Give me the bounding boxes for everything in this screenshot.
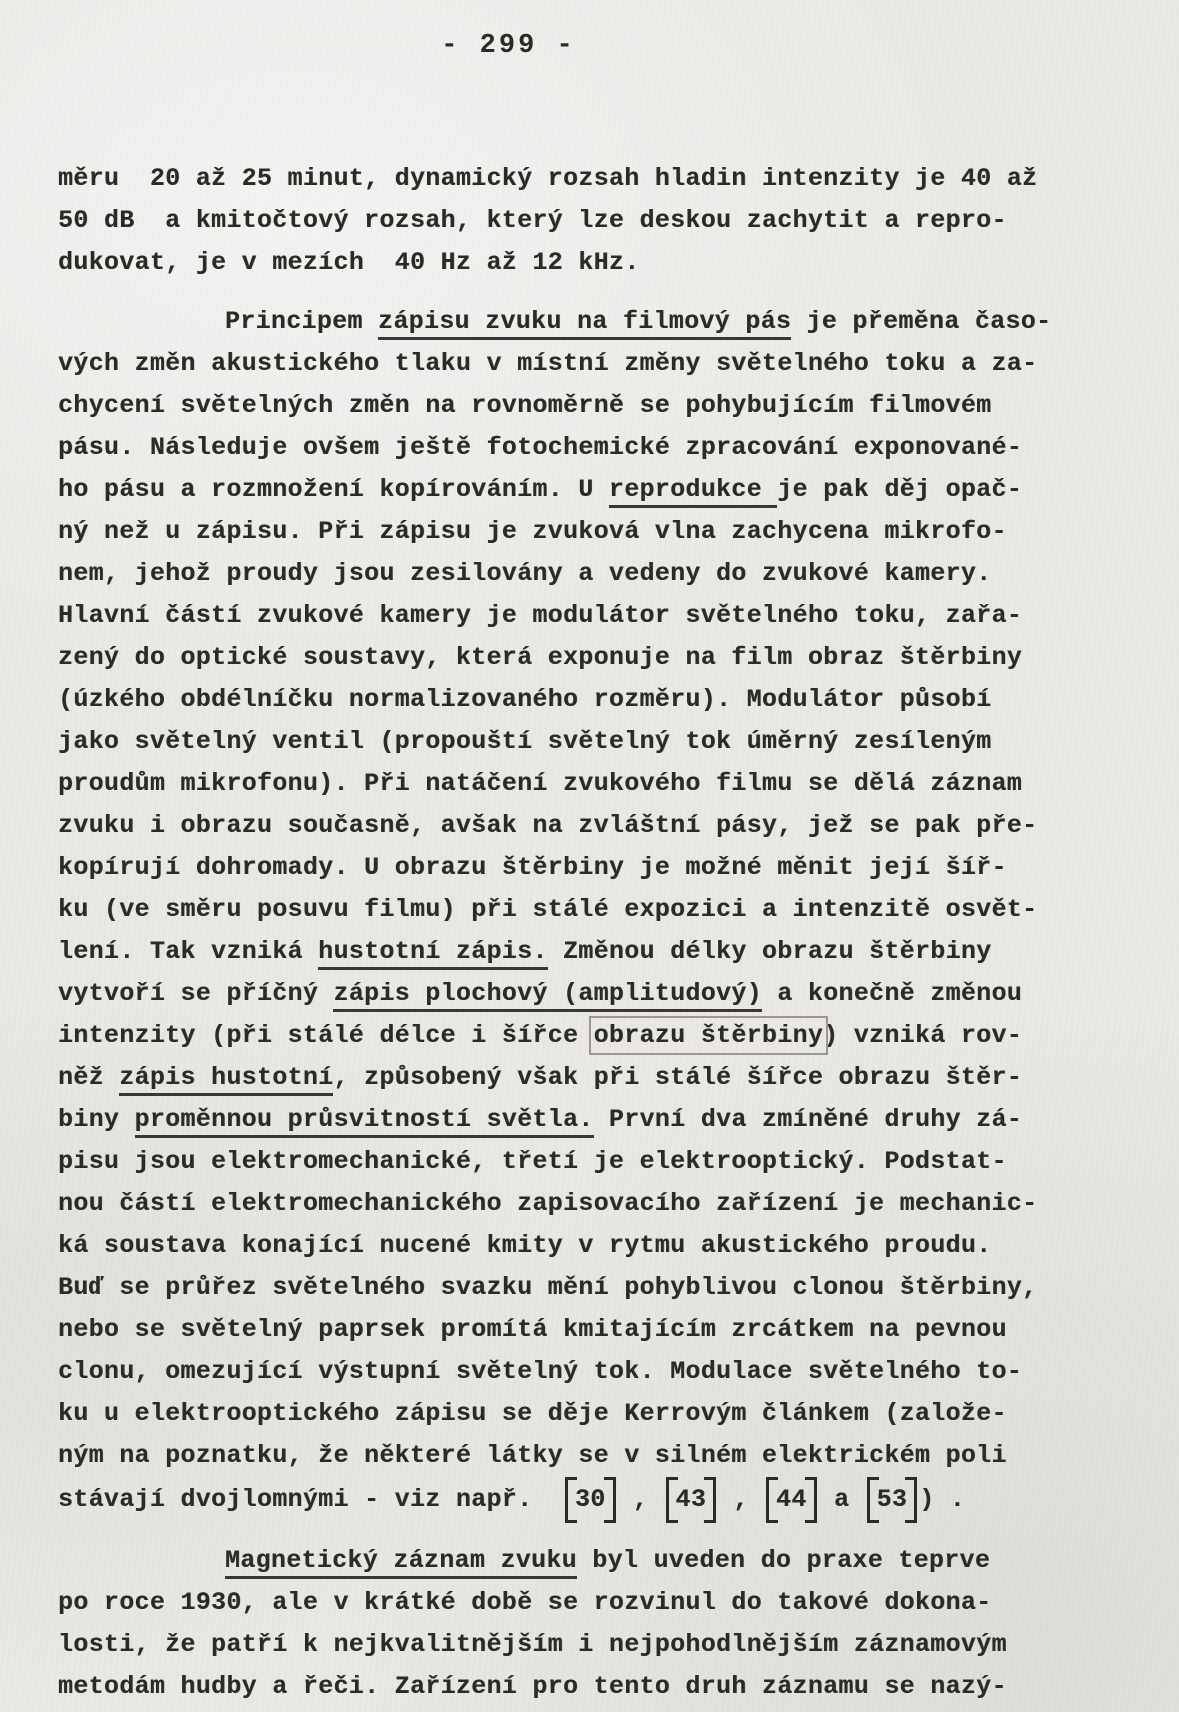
- text-segment: něž: [58, 1063, 119, 1092]
- text-line: ný než u zápisu. Při zápisu je zvuková v…: [58, 511, 1039, 553]
- text-line: ká soustava konající nucené kmity v rytm…: [58, 1225, 1039, 1267]
- text-segment: ,: [718, 1485, 764, 1514]
- text-line: jako světelný ventil (propouští světelný…: [58, 721, 1039, 763]
- text-segment: Principem: [225, 307, 378, 336]
- text-line: ku u elektrooptického zápisu se děje Ker…: [58, 1393, 1039, 1435]
- text-line: zený do optické soustavy, která exponuje…: [58, 637, 1039, 679]
- text-line: Hlavní částí zvukové kamery je modulátor…: [58, 595, 1039, 637]
- text-segment: ) .: [919, 1485, 965, 1514]
- text-segment: biny: [58, 1105, 135, 1134]
- citation-reference: 30: [565, 1477, 616, 1523]
- text-segment: ku (ve směru posuvu filmu) při stálé exp…: [58, 895, 1037, 924]
- citation-reference: 53: [867, 1477, 918, 1523]
- text-segment: nem, jehož proudy jsou zesilovány a vede…: [58, 559, 991, 588]
- text-segment: ho pásu a rozmnožení kopírováním. U: [58, 475, 609, 504]
- text-line: proudům mikrofonu). Při natáčení zvukové…: [58, 763, 1039, 805]
- text-segment: Hlavní částí zvukové kamery je modulátor…: [58, 601, 1022, 630]
- text-segment: Buď se průřez světelného svazku mění poh…: [58, 1273, 1037, 1302]
- text-segment: stávají dvojlomnými - viz např.: [58, 1485, 563, 1514]
- underlined-term: proměnnou průsvitností světla.: [135, 1105, 594, 1138]
- text-line: nou částí elektromechanického zapisovací…: [58, 1183, 1039, 1225]
- text-segment: intenzity (při stálé délce i šířce: [58, 1021, 594, 1050]
- text-segment: zvuku i obrazu současně, avšak na zvlášt…: [58, 811, 1037, 840]
- text-line: 50 dB a kmitočtový rozsah, který lze des…: [58, 200, 1039, 242]
- text-segment: je pak děj opač-: [777, 475, 1022, 504]
- text-segment: po roce 1930, ale v krátké době se rozvi…: [58, 1588, 991, 1617]
- text-segment: (úzkého obdélníčku normalizovaného rozmě…: [58, 685, 991, 714]
- text-line: losti, že patří k nejkvalitnějším i nejp…: [58, 1624, 1039, 1666]
- text-segment: nebo se světelný paprsek promítá kmitají…: [58, 1315, 1007, 1344]
- text-line: Buď se průřez světelného svazku mění poh…: [58, 1267, 1039, 1309]
- text-line: pisu jsou elektromechanické, třetí je el…: [58, 1141, 1039, 1183]
- text-segment: a: [819, 1485, 865, 1514]
- text-line: ku (ve směru posuvu filmu) při stálé exp…: [58, 889, 1039, 931]
- text-line: po roce 1930, ale v krátké době se rozvi…: [58, 1582, 1039, 1624]
- underlined-term: Magnetický záznam zvuku: [225, 1546, 577, 1579]
- text-line: něž zápis hustotní, způsobený však při s…: [58, 1057, 1039, 1099]
- text-line: ho pásu a rozmnožení kopírováním. U repr…: [58, 469, 1039, 511]
- paragraph: Principem zápisu zvuku na filmový pás je…: [58, 301, 1039, 1523]
- text-line: vých změn akustického tlaku v místní změ…: [58, 343, 1039, 385]
- text-segment: proudům mikrofonu). Při natáčení zvukové…: [58, 769, 1022, 798]
- text-line: kopírují dohromady. U obrazu štěrbiny je…: [58, 847, 1039, 889]
- text-line: lení. Tak vzniká hustotní zápis. Změnou …: [58, 931, 1039, 973]
- text-segment: clonu, omezující výstupní světelný tok. …: [58, 1357, 1022, 1386]
- document-content: měru 20 až 25 minut, dynamický rozsah hl…: [58, 158, 1039, 1708]
- text-segment: vytvoří se příčný: [58, 979, 333, 1008]
- text-segment: Změnou délky obrazu štěrbiny: [548, 937, 992, 966]
- text-line: nem, jehož proudy jsou zesilovány a vede…: [58, 553, 1039, 595]
- text-segment: ným na poznatku, že některé látky se v s…: [58, 1441, 1007, 1470]
- text-segment: losti, že patří k nejkvalitnějším i nejp…: [58, 1630, 1007, 1659]
- underlined-term: zápis plochový (amplitudový): [333, 979, 761, 1012]
- text-segment: dukovat, je v mezích 40 Hz až 12 kHz.: [58, 248, 640, 277]
- text-line: chycení světelných změn na rovnoměrně se…: [58, 385, 1039, 427]
- text-line: stávají dvojlomnými - viz např. 30 , 43 …: [58, 1477, 1039, 1523]
- text-line: Principem zápisu zvuku na filmový pás je…: [58, 301, 1039, 343]
- text-line: biny proměnnou průsvitností světla. Prvn…: [58, 1099, 1039, 1141]
- text-line: měru 20 až 25 minut, dynamický rozsah hl…: [58, 158, 1039, 200]
- underlined-term: reprodukce: [609, 475, 777, 508]
- underlined-term: zápisu zvuku na filmový pás: [378, 307, 791, 340]
- scanned-document-page: - 299 - měru 20 až 25 minut, dynamický r…: [0, 0, 1179, 1712]
- text-segment: nou částí elektromechanického zapisovací…: [58, 1189, 1037, 1218]
- text-line: pásu. Následuje ovšem ještě fotochemické…: [58, 427, 1039, 469]
- page-number: - 299 -: [18, 26, 999, 66]
- text-segment: chycení světelných změn na rovnoměrně se…: [58, 391, 991, 420]
- text-line: ným na poznatku, že některé látky se v s…: [58, 1435, 1039, 1477]
- text-segment: pisu jsou elektromechanické, třetí je el…: [58, 1147, 1007, 1176]
- text-segment: ká soustava konající nucené kmity v rytm…: [58, 1231, 991, 1260]
- text-line: dukovat, je v mezích 40 Hz až 12 kHz.: [58, 242, 1039, 284]
- text-segment: ku u elektrooptického zápisu se děje Ker…: [58, 1399, 1007, 1428]
- paragraph: měru 20 až 25 minut, dynamický rozsah hl…: [58, 158, 1039, 284]
- text-segment: jako světelný ventil (propouští světelný…: [58, 727, 991, 756]
- pencil-boxed-annotation: obrazu štěrbiny: [594, 1021, 824, 1050]
- text-segment: ) vzniká rov-: [823, 1021, 1022, 1050]
- text-segment: kopírují dohromady. U obrazu štěrbiny je…: [58, 853, 1007, 882]
- text-line: (úzkého obdélníčku normalizovaného rozmě…: [58, 679, 1039, 721]
- citation-reference: 43: [666, 1477, 717, 1523]
- text-segment: První dva zmíněné druhy zá-: [594, 1105, 1022, 1134]
- text-segment: zený do optické soustavy, která exponuje…: [58, 643, 1022, 672]
- text-segment: měru 20 až 25 minut, dynamický rozsah hl…: [58, 164, 1037, 193]
- text-line: nebo se světelný paprsek promítá kmitají…: [58, 1309, 1039, 1351]
- text-segment: ný než u zápisu. Při zápisu je zvuková v…: [58, 517, 1007, 546]
- text-segment: ,: [618, 1485, 664, 1514]
- text-line: intenzity (při stálé délce i šířce obraz…: [58, 1015, 1039, 1057]
- text-segment: , způsobený však při stálé šířce obrazu …: [333, 1063, 1022, 1092]
- citation-reference: 44: [766, 1477, 817, 1523]
- text-line: vytvoří se příčný zápis plochový (amplit…: [58, 973, 1039, 1015]
- text-line: metodám hudby a řeči. Zařízení pro tento…: [58, 1666, 1039, 1708]
- text-line: Magnetický záznam zvuku byl uveden do pr…: [58, 1540, 1039, 1582]
- text-segment: byl uveden do praxe teprve: [577, 1546, 990, 1575]
- text-segment: metodám hudby a řeči. Zařízení pro tento…: [58, 1672, 1007, 1701]
- text-segment: 50 dB a kmitočtový rozsah, který lze des…: [58, 206, 1007, 235]
- text-segment: je přeměna časo-: [791, 307, 1051, 336]
- text-line: clonu, omezující výstupní světelný tok. …: [58, 1351, 1039, 1393]
- paragraph: Magnetický záznam zvuku byl uveden do pr…: [58, 1540, 1039, 1708]
- text-segment: a konečně změnou: [762, 979, 1022, 1008]
- text-segment: lení. Tak vzniká: [58, 937, 318, 966]
- underlined-term: zápis hustotní: [119, 1063, 333, 1096]
- text-line: zvuku i obrazu současně, avšak na zvlášt…: [58, 805, 1039, 847]
- text-segment: pásu. Následuje ovšem ještě fotochemické…: [58, 433, 1022, 462]
- underlined-term: hustotní zápis.: [318, 937, 548, 970]
- text-segment: vých změn akustického tlaku v místní změ…: [58, 349, 1037, 378]
